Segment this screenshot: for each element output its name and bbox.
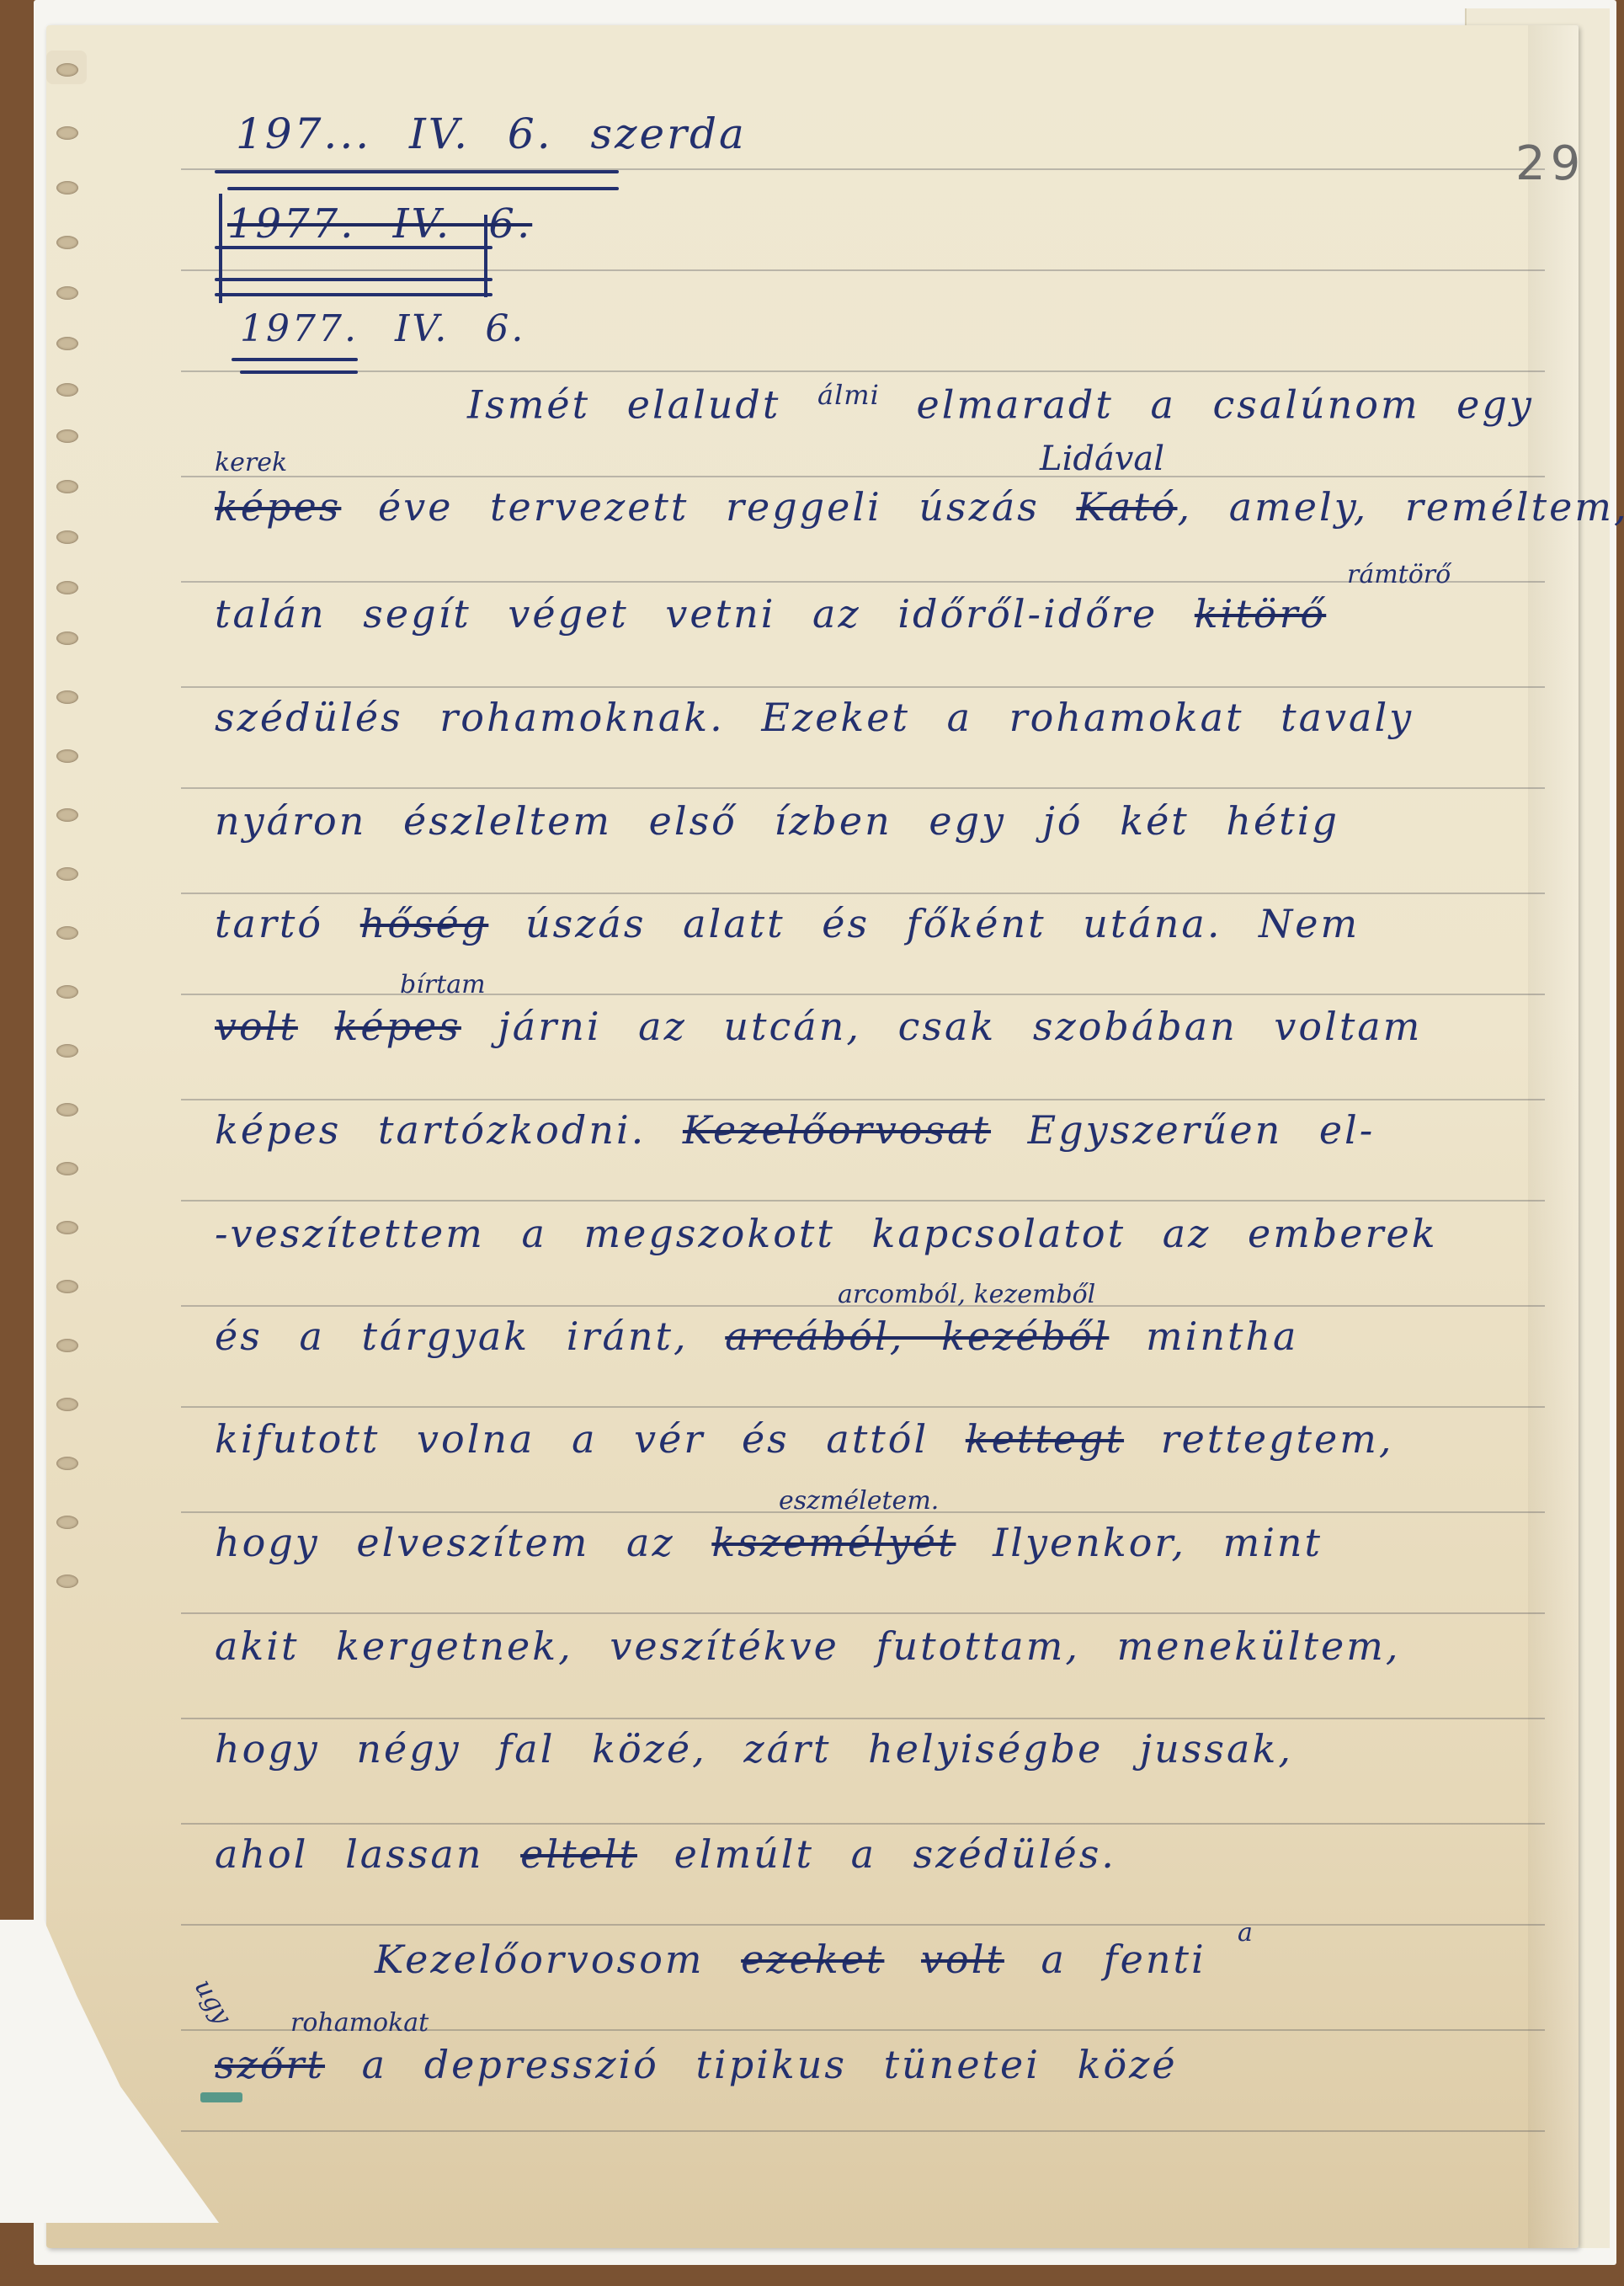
ruled-line [181,269,1545,271]
spiral-hole [56,181,78,194]
spiral-hole [56,1516,78,1529]
insertion: Lidával [1040,440,1164,478]
insertion: rohamokat [290,2008,429,2038]
ruled-line [181,581,1545,583]
text-line: szédülés rohamoknak. Ezeket a rohamokat … [215,695,1414,740]
spiral-hole [56,236,78,249]
notebook-page: 29 197... IV. 6. szerda 1977. IV. 6. 197… [46,25,1579,2248]
spiral-hole [56,429,78,443]
ruled-line [181,994,1545,995]
text-line: ahol lassan eltelt elmúlt a szédülés. [215,1831,1116,1877]
spiral-hole [56,480,78,493]
margin-note: ugy [189,1974,237,2030]
ruled-line [181,1823,1545,1825]
spiral-hole [56,1280,78,1293]
text-line: talán segít véget vetni az időről-időre … [215,591,1326,637]
spiral-hole [56,286,78,300]
spiral-hole [56,337,78,350]
text-line: képes éve tervezett reggeli úszás Kató, … [215,484,1624,530]
ruled-line [181,1099,1545,1100]
spiral-hole [56,1103,78,1116]
ruled-line [181,2130,1545,2132]
spiral-hole [56,808,78,822]
text-line: Kezelőorvosom ezeket volt a fenti [375,1937,1206,1982]
spiral-hole [56,631,78,645]
spiral-hole [56,1398,78,1411]
ruled-line [181,1200,1545,1202]
green-ink-mark [200,2092,242,2102]
ruled-line [181,370,1545,372]
page-number: 29 [1515,136,1585,191]
ruled-line [181,787,1545,789]
spiral-hole [56,690,78,704]
ruled-line [181,476,1545,477]
ruled-line [181,1924,1545,1926]
ruled-line [181,893,1545,894]
insertion: eszméletem. [779,1486,939,1516]
text-line: nyáron észleltem első ízben egy jó két h… [215,798,1339,844]
spiral-hole [56,1339,78,1352]
insertion: bírtam [400,970,486,999]
spiral-hole [56,63,78,77]
spiral-hole [56,926,78,940]
text-line: kifutott volna a vér és attól kettegt re… [215,1416,1394,1462]
ruled-line [181,1406,1545,1408]
text-line: szőrt a depresszió tipikus tünetei közé [215,2042,1178,2087]
spiral-hole [56,749,78,763]
ruled-line [181,1612,1545,1614]
spiral-hole [56,1162,78,1175]
ruled-line [181,686,1545,688]
ruled-line [181,1718,1545,1719]
spiral-hole [56,530,78,544]
spiral-hole [56,1221,78,1234]
insertion: rámtörő [1347,560,1451,589]
insertion: kerek [215,448,287,477]
text-line: akit kergetnek, veszítékve futottam, men… [215,1623,1400,1669]
text-line: tartó hőség úszás alatt és főként utána.… [215,901,1360,946]
spiral-hole [56,985,78,999]
text-line: hogy elveszítem az kszemélyét Ilyenkor, … [215,1520,1323,1565]
text-line: volt képes járni az utcán, csak szobában… [215,1004,1422,1049]
insertion: a [1238,1918,1253,1948]
spiral-hole [56,1044,78,1058]
spiral-hole [56,1457,78,1470]
spiral-hole [56,867,78,881]
spiral-hole [56,581,78,594]
spiral-hole [56,383,78,397]
spiral-hole [56,1575,78,1588]
text-line: hogy négy fal közé, zárt helyiségbe juss… [215,1726,1293,1772]
text-line: Ismét elaludt álmi elmaradt a csalúnom e… [467,379,1534,427]
insertion: arcomból, kezemből [838,1280,1095,1309]
text-line: képes tartózkodni. Kezelőorvosat Egyszer… [215,1107,1375,1153]
text-line: és a tárgyak iránt, arcából, kezéből min… [215,1314,1298,1359]
text-line: -veszítettem a megszokott kapcsolatot az… [215,1211,1438,1256]
date-heading-final: 1977. IV. 6. [240,307,525,350]
date-heading: 197... IV. 6. szerda [236,109,747,158]
spiral-hole [56,126,78,140]
